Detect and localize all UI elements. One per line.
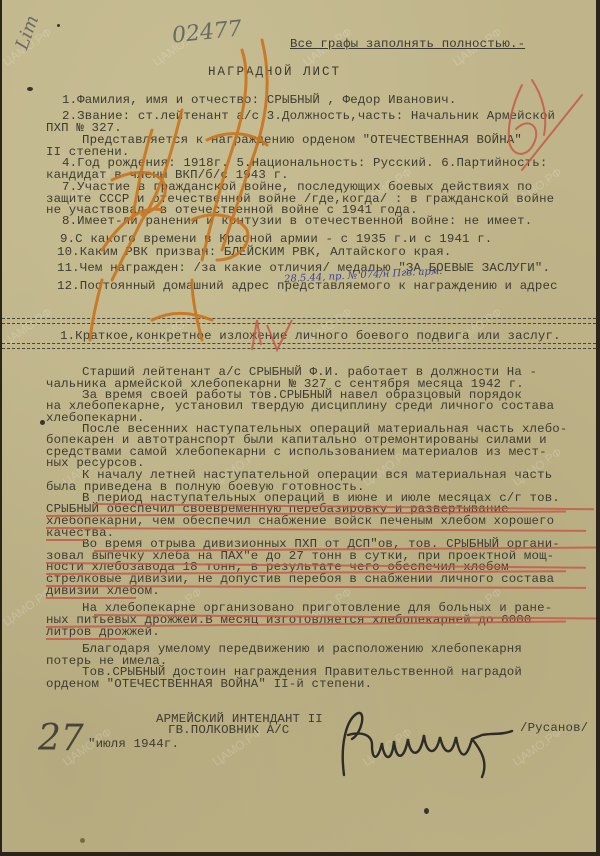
signature-date-day: 27 <box>38 718 84 759</box>
handwritten-signature <box>332 705 532 785</box>
ink-spot <box>80 838 85 843</box>
red-pencil-tick <box>247 315 307 355</box>
red-underline <box>46 539 86 541</box>
red-underline <box>46 597 136 599</box>
red-underline <box>46 638 126 640</box>
merit-line: хлебопекарни, чем обеспечил снабжение во… <box>46 515 554 528</box>
ink-spot <box>40 420 45 425</box>
signature-date: "июля 1944г. <box>88 738 179 751</box>
red-pencil-mark <box>492 75 592 175</box>
ink-spot <box>57 24 60 27</box>
award-sheet: ЦАМО.РФЦАМО.РФЦАМО.РФЦАМО.РФЦАМО.РФЦАМО.… <box>2 0 596 852</box>
merit-line: орденом "ОТЕЧЕСТВЕННАЯ ВОЙНА" II-й степе… <box>46 678 372 691</box>
ink-spot <box>424 808 429 814</box>
signature-rank-2: ГВ.ПОЛКОВНИК А/С <box>168 724 289 737</box>
resolution-scrawl <box>42 20 362 350</box>
ink-spot <box>27 87 33 91</box>
